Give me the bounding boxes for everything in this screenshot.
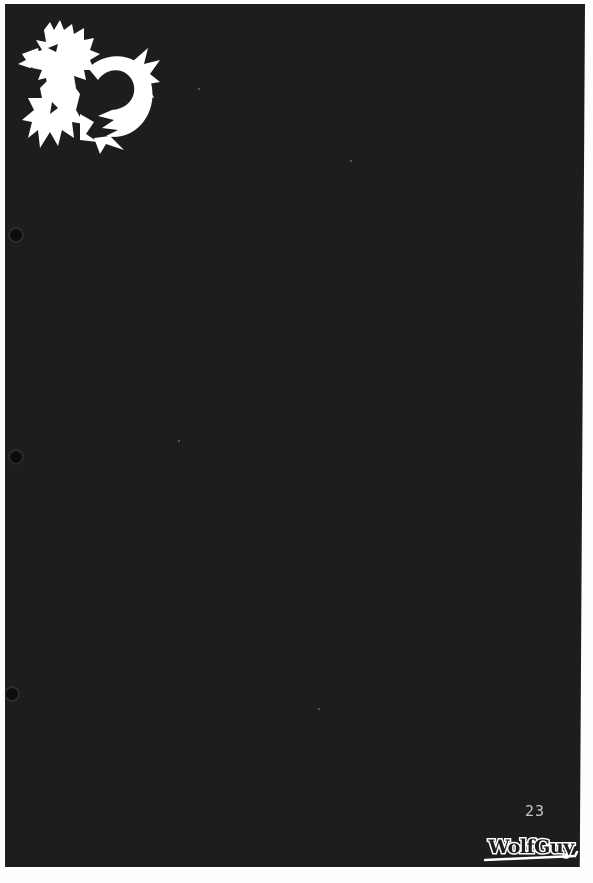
punch-hole xyxy=(10,451,22,463)
wolfguy-logo: WolfGuy xyxy=(481,832,581,864)
page-number: 23 xyxy=(525,802,545,820)
scan-speck xyxy=(178,440,180,442)
punch-hole xyxy=(10,229,22,241)
scan-speck xyxy=(318,708,320,710)
wolf-emblem-icon xyxy=(14,18,162,156)
svg-text:WolfGuy: WolfGuy xyxy=(487,836,575,858)
punch-hole xyxy=(6,688,18,700)
page: 23 WolfGuy xyxy=(0,0,593,883)
scan-speck xyxy=(350,160,352,162)
scan-speck xyxy=(198,88,200,90)
